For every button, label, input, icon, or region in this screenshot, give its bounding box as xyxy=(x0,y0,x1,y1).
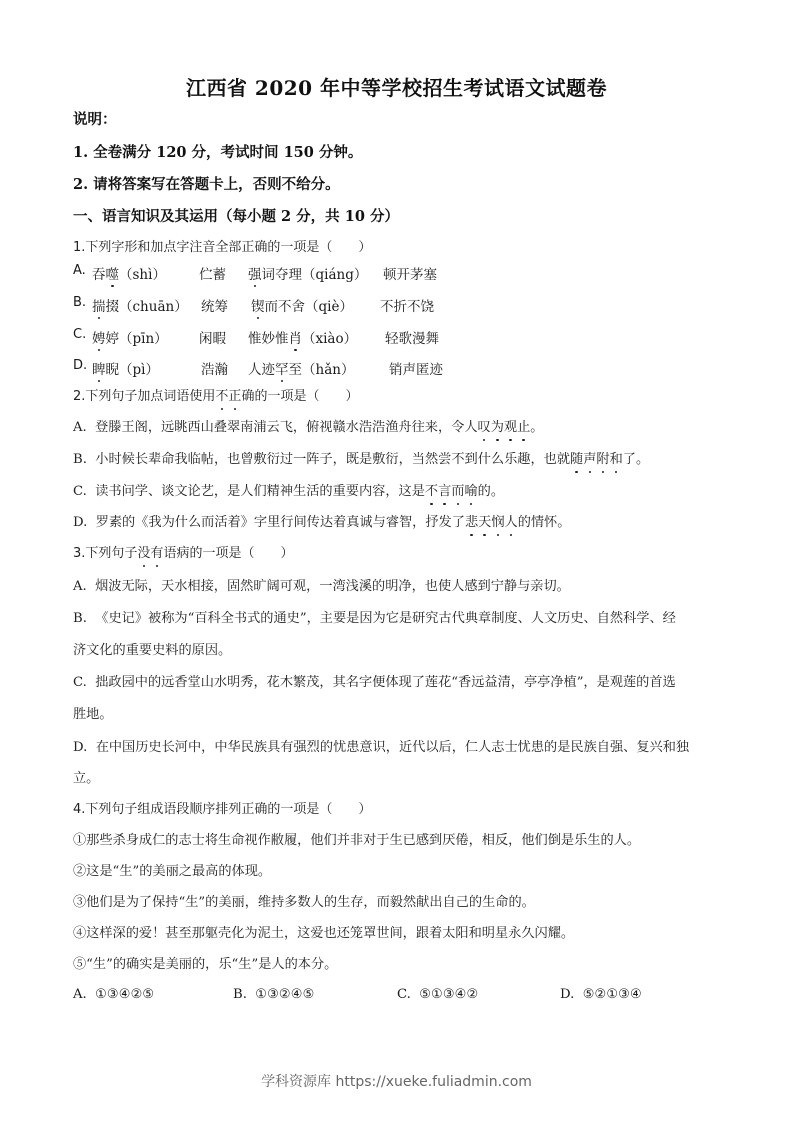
question-3-option-a: A. 烟波无际，天水相接，固然旷阔可观，一湾浅溪的明净，也使人感到宁静与亲切。 xyxy=(73,578,570,596)
question-3-option-b: B. 《史记》被称为“百科全书式的通史”，主要是因为它是研究古代典章制度、人文历… xyxy=(73,610,676,628)
option-label: B. xyxy=(233,987,247,1002)
option-label: C. xyxy=(397,987,411,1002)
dotted-char: 肖 xyxy=(289,327,303,347)
word-part: 惟妙惟 xyxy=(248,331,289,347)
option-value: ①③②④⑤ xyxy=(255,987,314,1002)
option-label: A. xyxy=(73,579,87,594)
option-label: D. xyxy=(73,515,87,530)
dotted-phrase: 随声附和 xyxy=(570,452,623,467)
option-word-4: 不折不饶 xyxy=(380,295,434,315)
option-label: C. xyxy=(73,327,86,342)
option-text: 读书问学、谈文论艺，是人们精神生活的重要内容，这是 xyxy=(95,484,425,499)
instruction-item-2: 2. 请将答案写在答题卡上，否则不给分。 xyxy=(73,176,340,194)
question-2-option-b: B. 小时候长辈命我临帖，也曾敷衍过一阵子，既是敷衍，当然尝不到什么乐趣，也就随… xyxy=(73,451,649,469)
option-text: 拙政园中的远香堂山水明秀，花木繁茂，其名字便体现了莲花“香远益清，亭亭净植”，是… xyxy=(95,675,676,690)
option-label: D. xyxy=(73,358,87,373)
option-word-4: 顿开茅塞 xyxy=(383,263,437,283)
option-label: A. xyxy=(73,420,87,435)
footer-watermark: 学科资源库 https://xueke.fuliadmin.com xyxy=(0,1071,793,1091)
stem-part: 语病的一项是（ ） xyxy=(163,546,293,561)
dotted-phrase: 悲天悯人 xyxy=(465,515,518,530)
option-word-3: 人迹罕至（hǎn） xyxy=(248,358,354,378)
option-text: 《史记》被称为“百科全书式的通史”，主要是因为它是研究古代典章制度、人文历史、自… xyxy=(95,611,676,626)
option-text: 了。 xyxy=(623,452,649,467)
word-part: 而不舍（qiè） xyxy=(265,299,353,315)
option-value: ⑤①③④② xyxy=(419,987,478,1002)
question-4-sentence-3: ③他们是为了保持“生”的美丽，维持多数人的生存，而毅然献出自己的生命的。 xyxy=(73,894,535,912)
option-word-2: 闲暇 xyxy=(199,327,226,347)
word-part: 睨（pì） xyxy=(106,362,159,378)
dotted-char: 锲 xyxy=(251,295,265,315)
dotted-phrase: 没有 xyxy=(137,546,163,561)
option-value: ⑤②①③④ xyxy=(583,987,642,1002)
option-text: 烟波无际，天水相接，固然旷阔可观，一湾浅溪的明净，也使人感到宁静与亲切。 xyxy=(95,579,570,594)
dotted-char: 揣 xyxy=(92,295,106,315)
option-label: C. xyxy=(73,484,87,499)
question-4-sentence-5: ⑤“生”的确实是美丽的，乐“生”是人的本分。 xyxy=(73,956,337,974)
option-text: 小时候长辈命我临帖，也曾敷衍过一阵子，既是敷衍，当然尝不到什么乐趣，也就 xyxy=(95,452,570,467)
question-4-option-a: A. ①③④②⑤ xyxy=(73,987,154,1002)
option-label: D. xyxy=(73,740,87,755)
word-part: 词夺理（qiáng） xyxy=(262,267,368,283)
question-4-option-b: B. ①③②④⑤ xyxy=(233,987,314,1002)
question-3-option-b-cont: 济文化的重要史料的原因。 xyxy=(73,642,231,660)
stem-part: 确的一项是（ ） xyxy=(241,389,358,404)
option-word-3: 惟妙惟肖（xiào） xyxy=(248,327,357,347)
word-part: （shì） xyxy=(119,267,166,283)
option-text: 的。 xyxy=(478,484,504,499)
dotted-phrase: 叹为观止 xyxy=(478,420,531,435)
option-label: B. xyxy=(73,611,87,626)
option-text: 。 xyxy=(530,420,543,435)
question-3-option-c-cont: 胜地。 xyxy=(73,706,113,724)
question-4-option-d: D. ⑤②①③④ xyxy=(560,987,642,1002)
option-word-2: 统筹 xyxy=(201,295,228,315)
word-part: 婷（pīn） xyxy=(106,331,168,347)
dotted-char: 正 xyxy=(228,388,241,406)
question-1-stem: 1.下列字形和加点字注音全部正确的一项是（ ） xyxy=(73,239,371,257)
question-2-option-a: A. 登滕王阁，远眺西山叠翠南浦云飞，俯视赣水浩浩渔舟往来，令人叹为观止。 xyxy=(73,419,543,437)
dotted-char: 睥 xyxy=(92,358,106,378)
option-text: 罗素的《我为什么而活着》字里行间传达着真诚与睿智，抒发了 xyxy=(96,515,465,530)
dotted-char: 罕 xyxy=(275,358,289,378)
word-part: （xiào） xyxy=(302,331,357,347)
question-3-option-d-cont: 立。 xyxy=(73,770,99,788)
page-title: 江西省 2020 年中等学校招生考试语文试题卷 xyxy=(0,72,793,101)
option-word-1: 睥睨（pì） xyxy=(92,358,159,378)
option-word-1: 吞噬（shì） xyxy=(92,263,166,283)
dotted-char: 不 xyxy=(215,388,228,406)
question-3-stem: 3.下列句子没有语病的一项是（ ） xyxy=(73,545,293,563)
question-2-stem: 2.下列句子加点词语使用不正确的一项是（ ） xyxy=(73,388,358,406)
section-1-heading: 一、语言知识及其运用（每小题 2 分，共 10 分） xyxy=(73,208,399,226)
option-label: A. xyxy=(73,987,87,1002)
question-2-option-d: D. 罗素的《我为什么而活着》字里行间传达着真诚与睿智，抒发了悲天悯人的情怀。 xyxy=(73,514,570,532)
option-word-4: 轻歌漫舞 xyxy=(385,327,439,347)
option-word-1: 娉婷（pīn） xyxy=(92,327,168,347)
option-label: B. xyxy=(73,452,87,467)
question-2-option-c: C. 读书问学、谈文论艺，是人们精神生活的重要内容，这是不言而喻的。 xyxy=(73,483,504,501)
option-word-2: 浩瀚 xyxy=(201,358,228,378)
instruction-item-1: 1. 全卷满分 120 分，考试时间 150 分钟。 xyxy=(73,144,362,162)
dotted-char: 噬 xyxy=(106,263,120,283)
word-part: 掇（chuān） xyxy=(106,299,188,315)
option-label: B. xyxy=(73,295,86,310)
dotted-phrase: 不言而喻 xyxy=(425,484,478,499)
exam-page: 江西省 2020 年中等学校招生考试语文试题卷 说明： 1. 全卷满分 120 … xyxy=(0,0,793,1122)
word-part: 人迹 xyxy=(248,362,275,378)
stem-part: 2.下列句子加点词语使用 xyxy=(73,389,215,404)
option-text: 在中国历史长河中，中华民族具有强烈的忧患意识，近代以后，仁人志士忧患的是民族自强… xyxy=(96,740,689,755)
stem-part: 3.下列句子 xyxy=(73,546,137,561)
option-text: 的情怀。 xyxy=(518,515,571,530)
instructions-heading: 说明： xyxy=(73,111,117,129)
question-4-sentence-1: ①那些杀身成仁的志士将生命视作敝履，他们并非对于生已感到厌倦，相反，他们倒是乐生… xyxy=(73,832,640,850)
option-label: D. xyxy=(560,987,574,1002)
option-word-3: 强词夺理（qiáng） xyxy=(248,263,367,283)
option-word-2: 伫蓄 xyxy=(199,263,226,283)
option-word-3: 锲而不舍（qiè） xyxy=(251,295,353,315)
option-label: C. xyxy=(73,675,87,690)
option-word-1: 揣掇（chuān） xyxy=(92,295,188,315)
option-word-4: 销声匿迹 xyxy=(389,358,443,378)
option-label: A. xyxy=(73,263,86,278)
word-part: 吞 xyxy=(92,267,106,283)
question-4-option-c: C. ⑤①③④② xyxy=(397,987,478,1002)
dotted-char: 娉 xyxy=(92,327,106,347)
word-part: 至（hǎn） xyxy=(289,362,355,378)
question-3-option-c: C. 拙政园中的远香堂山水明秀，花木繁茂，其名字便体现了莲花“香远益清，亭亭净植… xyxy=(73,674,676,692)
option-value: ①③④②⑤ xyxy=(95,987,154,1002)
question-4-stem: 4.下列句子组成语段顺序排列正确的一项是（ ） xyxy=(73,801,371,819)
question-4-sentence-4: ④这样深的爱！甚至那躯壳化为泥土，这爱也还笼罩世间，跟着太阳和明星永久闪耀。 xyxy=(73,925,574,943)
question-3-option-d: D. 在中国历史长河中，中华民族具有强烈的忧患意识，近代以后，仁人志士忧患的是民… xyxy=(73,739,689,757)
question-4-sentence-2: ②这是“生”的美丽之最高的体现。 xyxy=(73,863,271,881)
option-text: 登滕王阁，远眺西山叠翠南浦云飞，俯视赣水浩浩渔舟往来，令人 xyxy=(95,420,477,435)
dotted-char: 强 xyxy=(248,263,262,283)
